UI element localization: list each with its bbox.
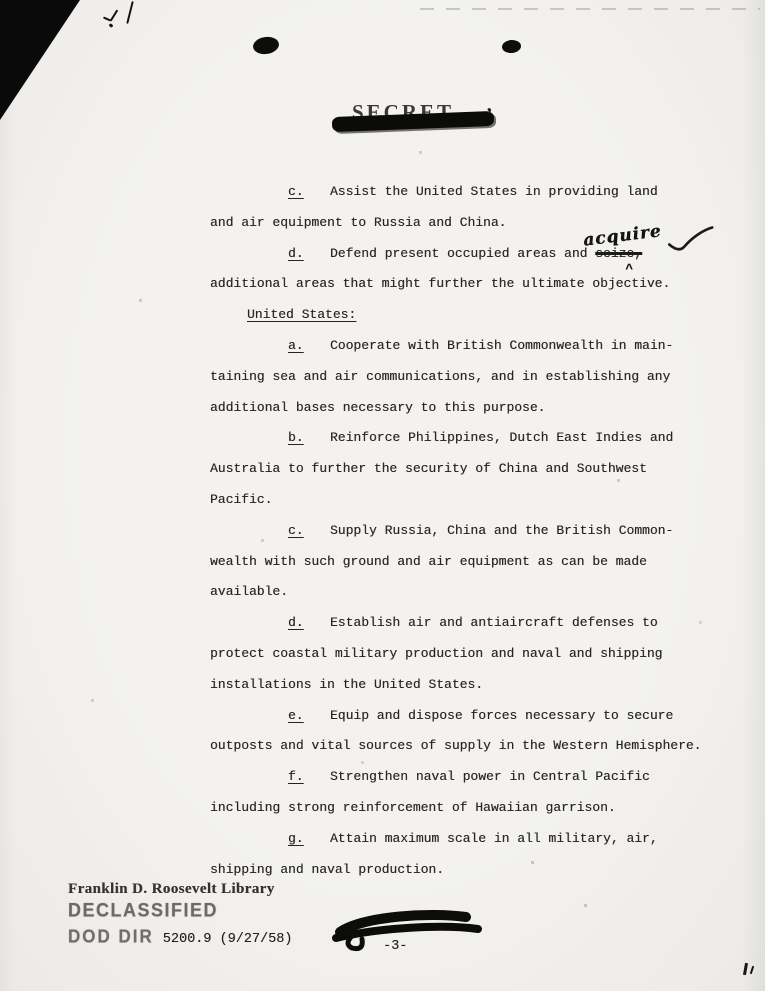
paragraph-label: b. [288,423,330,454]
paragraph-line: e.Equip and dispose forces necessary to … [210,701,690,732]
paragraph-text: Cooperate with British Commonwealth in m… [330,338,673,353]
library-stamp: Franklin D. Roosevelt Library [68,881,275,898]
paragraph-line: Australia to further the security of Chi… [210,454,690,485]
section-heading: United States: [210,300,690,331]
paragraph-label: d. [288,239,330,270]
paragraph-line: additional areas that might further the … [210,269,690,300]
pen-mark [103,16,111,21]
dod-directive-line: DOD DIR 5200.9 (9/27/58) [68,927,292,947]
paragraph-label: e. [288,701,330,732]
paragraph-line: c.Supply Russia, China and the British C… [210,516,690,547]
page-number: -3- [383,939,407,954]
paragraph-text: Strengthen naval power in Central Pacifi… [330,769,650,784]
pen-mark [109,23,114,28]
paragraph-text: Reinforce Philippines, Dutch East Indies… [330,430,673,445]
paragraph-label: d. [288,608,330,639]
scribble-redaction [330,906,488,954]
paragraph-line: Pacific. [210,485,690,516]
paragraph-line: protect coastal military production and … [210,639,690,670]
paragraph-label: c. [288,516,330,547]
declassified-stamp: DECLASSIFIED [68,899,218,922]
paragraph-line: outposts and vital sources of supply in … [210,731,690,762]
ink-mark [743,963,748,975]
paragraph-label: a. [288,331,330,362]
scan-corner-artifact [0,0,80,120]
caret-mark: ^ [625,255,633,286]
paragraph-line: available. [210,577,690,608]
dod-stencil-stamp: DOD DIR [68,926,154,948]
paragraph-text: Establish air and antiaircraft defenses … [330,615,658,630]
paragraph-text: Attain maximum scale in all military, ai… [330,831,658,846]
paragraph-text: Equip and dispose forces necessary to se… [330,708,673,723]
paragraph-label: g. [288,824,330,855]
paragraph-line: additional bases necessary to this purpo… [210,393,690,424]
paragraph-line: installations in the United States. [210,670,690,701]
secret-classification-stamp: SECRET [352,100,492,138]
paragraph-line: g.Attain maximum scale in all military, … [210,824,690,855]
paragraph-label: c. [288,177,330,208]
ink-mark [750,966,754,974]
paragraph-line: f.Strengthen naval power in Central Paci… [210,762,690,793]
paragraph-line: wealth with such ground and air equipmen… [210,547,690,578]
paragraph-label: f. [288,762,330,793]
pen-mark [126,1,134,24]
dod-directive-number: 5200.9 (9/27/58) [163,932,293,947]
paragraph-text: Assist the United States in providing la… [330,184,658,199]
hole-punch-right [501,39,521,54]
scan-streak [420,8,760,10]
paragraph-text: Defend present occupied areas and [330,246,595,261]
paragraph-line: taining sea and air communications, and … [210,362,690,393]
struck-word-wrap: seize,acquire^ [595,246,642,261]
paragraph-line: including strong reinforcement of Hawaii… [210,793,690,824]
paragraph-line: d.Establish air and antiaircraft defense… [210,608,690,639]
paragraph-text: Supply Russia, China and the British Com… [330,523,673,538]
paragraph-line: a.Cooperate with British Commonwealth in… [210,331,690,362]
document-body: c.Assist the United States in providing … [210,177,690,885]
section-heading-text: United States: [247,307,356,322]
paper-speckles [0,0,1,1]
paragraph-line: c.Assist the United States in providing … [210,177,690,208]
scanned-document-page: SECRET ’ c.Assist the United States in p… [0,0,765,991]
paragraph-line: b.Reinforce Philippines, Dutch East Indi… [210,423,690,454]
paragraph-line: d.Defend present occupied areas and seiz… [210,239,690,270]
paragraph-line: shipping and naval production. [210,855,690,886]
hole-punch-left [252,35,280,55]
